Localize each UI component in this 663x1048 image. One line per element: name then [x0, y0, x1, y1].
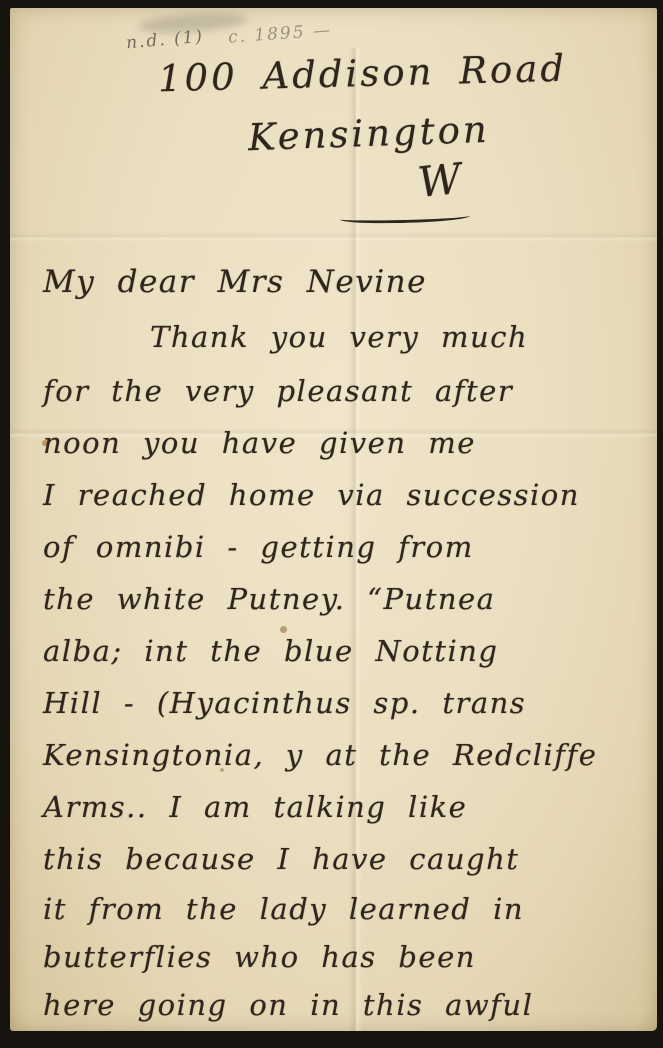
- salutation-line: My dear Mrs Nevine: [43, 264, 427, 300]
- letter-page: n.d. (1) c. 1895 — 100 Addison Road Kens…: [10, 8, 657, 1031]
- handwritten-line: of omnibi - getting from: [43, 530, 474, 564]
- handwritten-line: this because I have caught: [43, 842, 519, 876]
- foxing-spot: [280, 626, 287, 633]
- handwritten-line: Thank you very much: [150, 320, 528, 354]
- handwritten-line: I reached home via succession: [43, 478, 580, 512]
- letterhead-divider-flourish: [340, 211, 470, 224]
- handwritten-line: for the very pleasant after: [43, 374, 513, 408]
- handwritten-line: Hill - (Hyacinthus sp. trans: [43, 686, 526, 720]
- horizontal-crease: [10, 232, 657, 242]
- letterhead-district-initial: W: [416, 154, 464, 207]
- handwritten-line: here going on in this awful: [43, 988, 533, 1022]
- handwritten-line: butterflies who has been: [43, 940, 476, 974]
- letterhead-city-line: Kensington: [247, 108, 490, 159]
- handwritten-line: the white Putney. “Putnea: [43, 582, 495, 616]
- handwritten-line: Arms.. I am talking like: [43, 790, 467, 824]
- handwritten-line: alba; int the blue Notting: [43, 634, 499, 668]
- pencil-annotation-date: c. 1895 —: [227, 20, 332, 47]
- letter-scan: n.d. (1) c. 1895 — 100 Addison Road Kens…: [0, 0, 663, 1048]
- handwritten-line: it from the lady learned in: [43, 892, 524, 926]
- handwritten-line: noon you have given me: [43, 426, 476, 460]
- letterhead-address-line: 100 Addison Road: [158, 47, 568, 101]
- handwritten-line: Kensingtonia, y at the Redcliffe: [43, 738, 597, 772]
- pencil-annotation-nd: n.d. (1): [125, 27, 205, 54]
